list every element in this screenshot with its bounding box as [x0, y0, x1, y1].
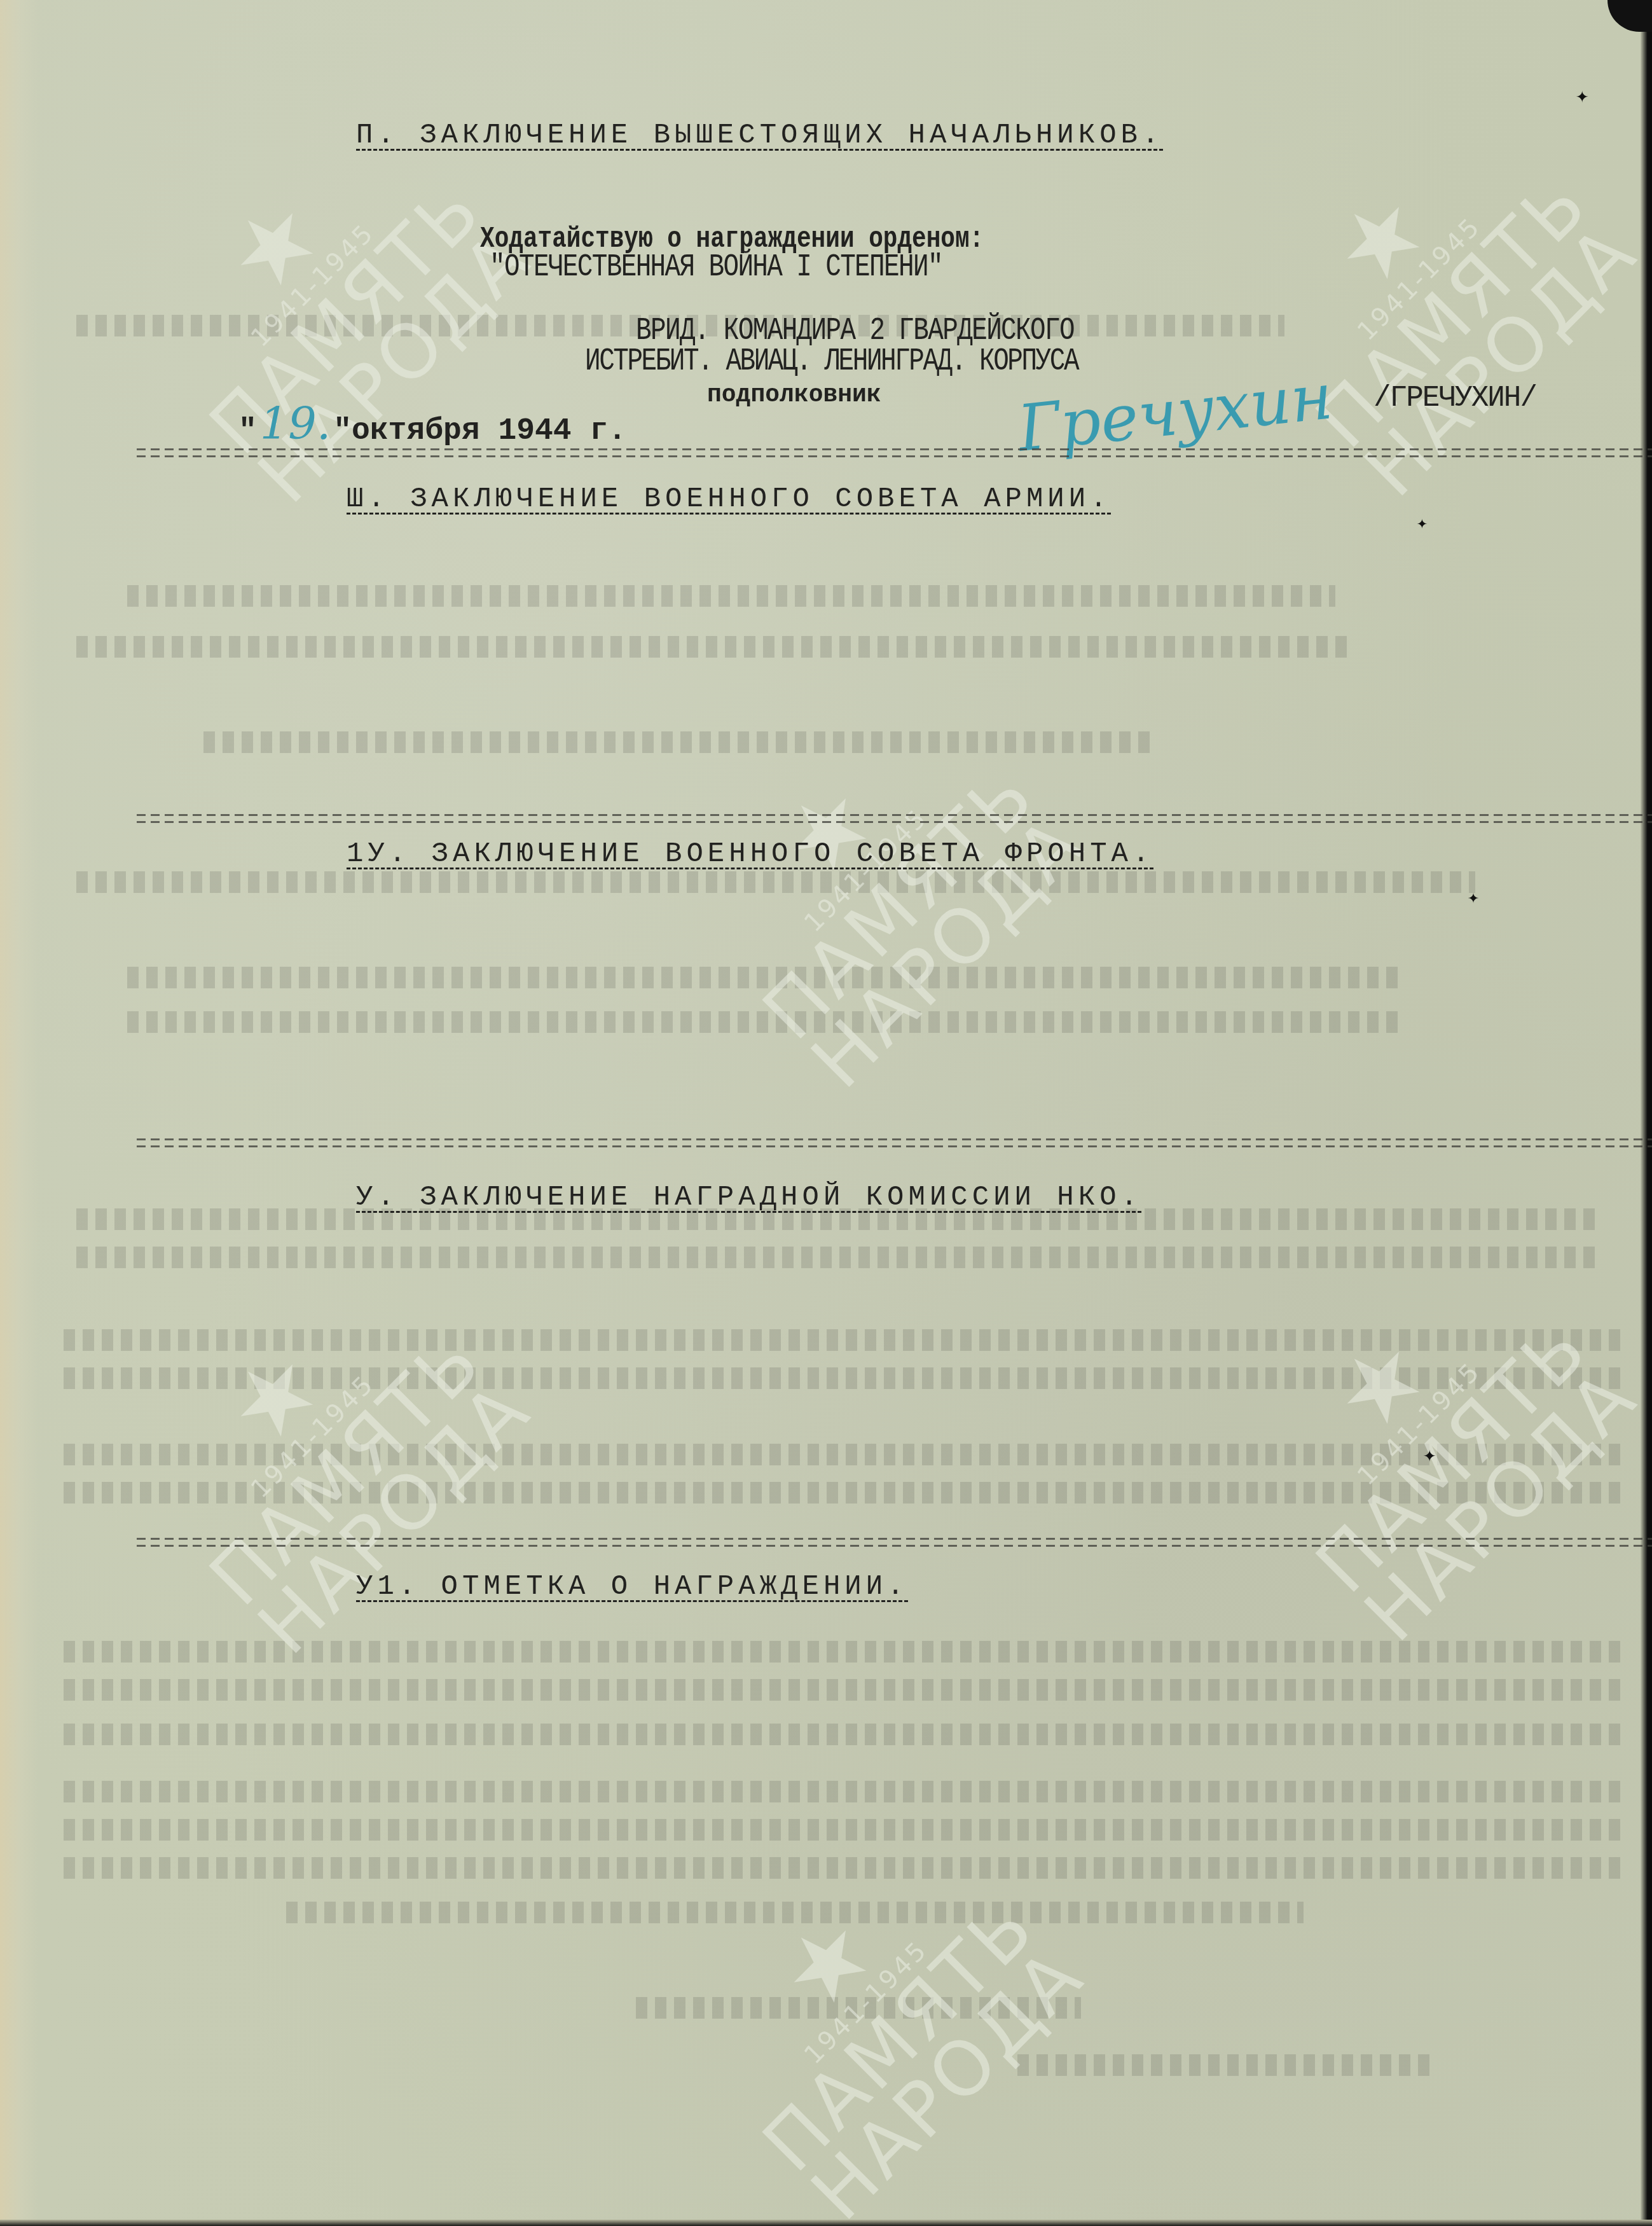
section-6-heading: У1. ОТМЕТКА О НАГРАЖДЕНИИ.	[356, 1571, 909, 1603]
bleed-through-line	[76, 636, 1348, 658]
bleed-through-line	[64, 1781, 1621, 1802]
section-5-heading: У. ЗАКЛЮЧЕНИЕ НАГРАДНОЙ КОМИССИИ НКО.	[356, 1182, 1142, 1213]
section-2-heading: П. ЗАКЛЮЧЕНИЕ ВЫШЕСТОЯЩИХ НАЧАЛЬНИКОВ.	[356, 120, 1163, 151]
section-separator	[137, 448, 1652, 457]
bleed-through-line	[64, 1819, 1621, 1841]
punch-hole: ✦	[1576, 83, 1588, 109]
ink-mark: ✦	[1417, 512, 1428, 534]
bleed-through-line	[76, 1247, 1602, 1268]
bleed-through-line	[64, 1857, 1621, 1879]
bleed-through-line	[64, 1724, 1621, 1745]
date-day-handwritten: 19.	[260, 397, 331, 450]
section-separator	[137, 1538, 1652, 1547]
ink-mark: ✦	[1423, 1442, 1436, 1469]
date-line: " 19. "октября 1944 г.	[238, 397, 626, 450]
signatory-name: /ГРЕЧУХИН/	[1373, 382, 1536, 415]
scan-edge-right	[1641, 0, 1652, 2226]
section-separator	[137, 1138, 1652, 1147]
date-quote-open: "	[238, 414, 258, 448]
section-3-heading: Ш. ЗАКЛЮЧЕНИЕ ВОЕННОГО СОВЕТА АРМИИ.	[347, 483, 1112, 515]
bleed-through-line	[127, 585, 1335, 607]
date-month-year: "октября 1944 г.	[333, 414, 626, 448]
order-name: "ОТЕЧЕСТВЕННАЯ ВОЙНА I СТЕПЕНИ"	[490, 249, 942, 286]
rank: подполковник	[707, 382, 881, 409]
scan-edge-bottom	[0, 2220, 1652, 2226]
bleed-through-line	[203, 731, 1157, 753]
bleed-through-line	[1017, 2054, 1431, 2076]
bleed-through-line	[64, 1679, 1621, 1701]
section-4-heading: 1У. ЗАКЛЮЧЕНИЕ ВОЕННОГО СОВЕТА ФРОНТА.	[347, 838, 1153, 870]
position-line-2: ИСТРЕБИТ. АВИАЦ. ЛЕНИНГРАД. КОРПУСА	[585, 343, 1078, 380]
bleed-through-line	[127, 1011, 1399, 1033]
ink-mark: ✦	[1468, 886, 1479, 909]
section-separator	[137, 814, 1652, 823]
